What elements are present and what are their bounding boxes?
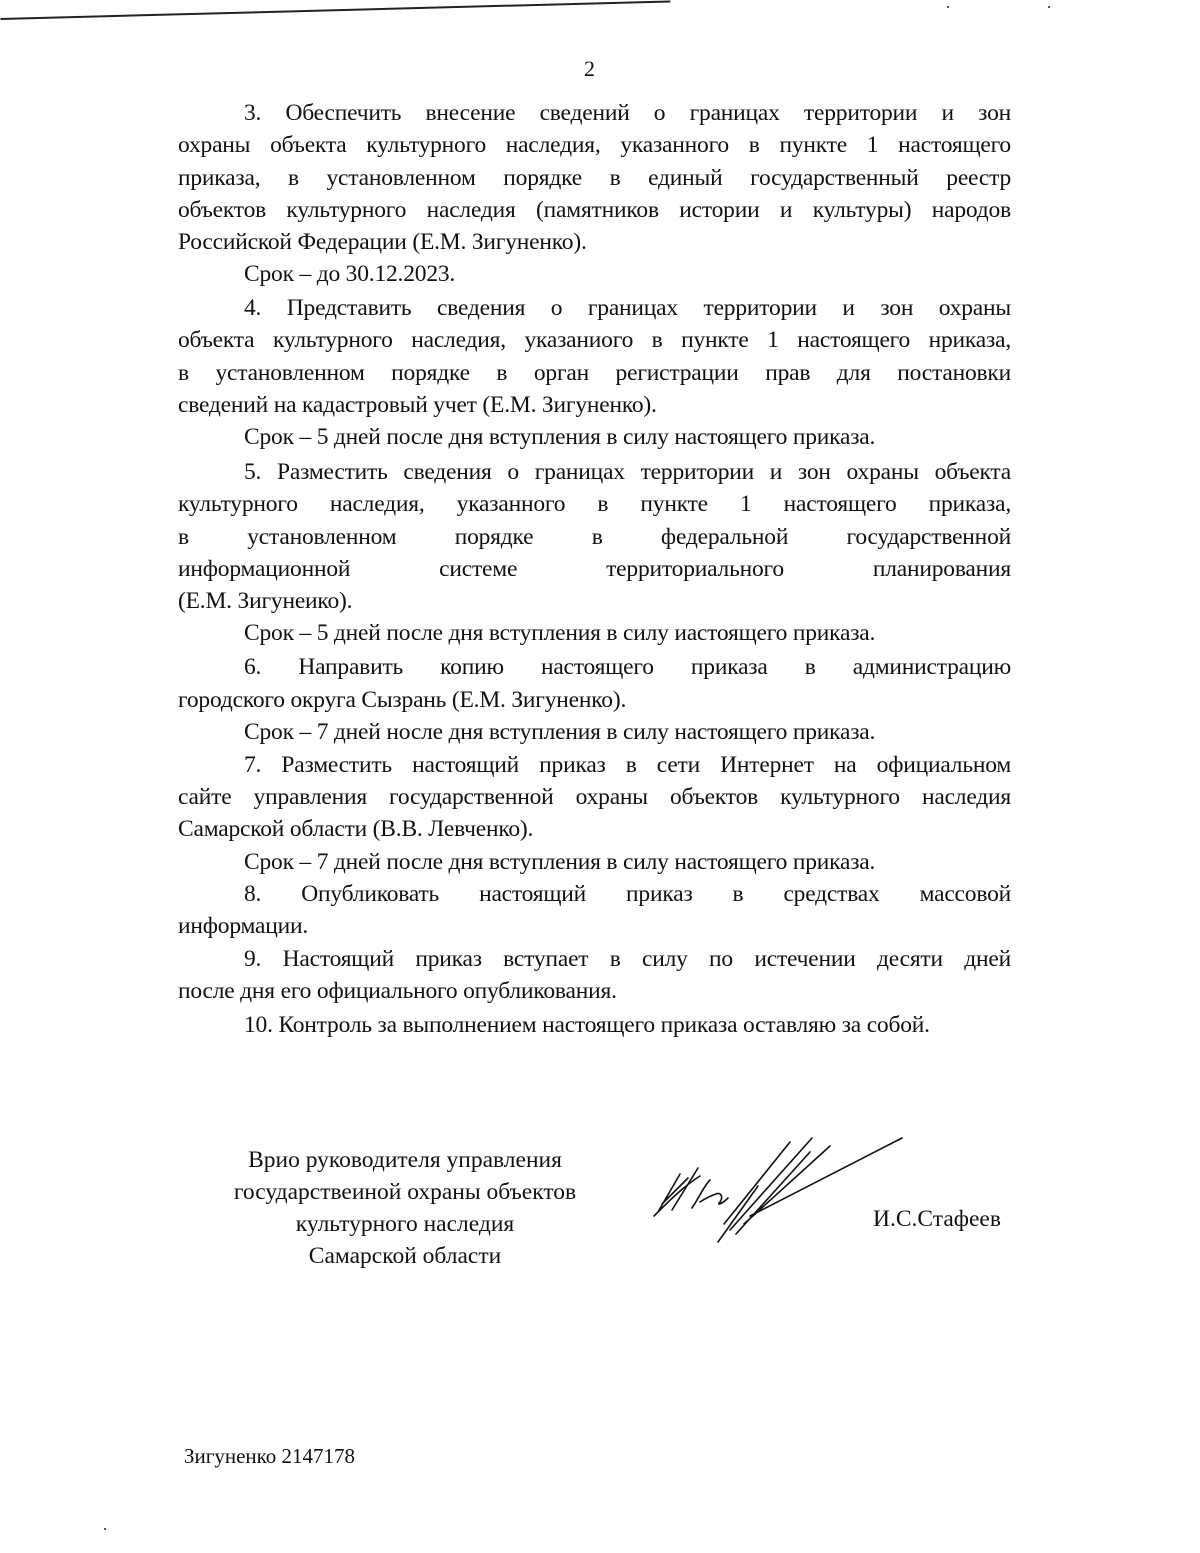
signer-title-line: культурного наследия: [200, 1208, 610, 1240]
deadline-line: Срок – 5 дней после дня вступления в сил…: [244, 617, 875, 649]
page-number: 2: [584, 56, 595, 82]
text-line: информации.: [178, 910, 308, 942]
text-line: приказа, в установленном порядке в едины…: [178, 162, 1011, 194]
text-line: информационной системе территориального …: [178, 553, 1011, 585]
text-line: в установленном порядке в орган регистра…: [178, 357, 1011, 389]
scan-speck: [104, 1528, 106, 1530]
scan-speck: [947, 6, 949, 8]
deadline-line: Срок – 7 дней после дня вступления в сил…: [244, 846, 875, 878]
signer-name: И.С.Стафеев: [873, 1206, 1001, 1233]
text-line: сведений на кадастровый учет (Е.М. Зигун…: [178, 389, 657, 421]
text-line: сайте управления государственной охраны …: [178, 781, 1011, 813]
deadline-line: Срок – 5 дней после дня вступления в сил…: [244, 421, 875, 453]
text-line: после дня его официального опубликования…: [178, 975, 617, 1007]
deadline-line: Срок – до 30.12.2023.: [244, 258, 455, 290]
text-line: Самарской области (В.В. Левченко).: [178, 813, 533, 845]
signer-title-line: Самарской области: [200, 1240, 610, 1272]
executor-note: Зигуненко 2147178: [184, 1444, 355, 1469]
deadline-line: Срок – 7 дней носле дня вступления в сил…: [244, 716, 875, 748]
text-line: 6. Направить копию настоящего приказа в …: [244, 651, 1011, 683]
text-line: 4. Представить сведения о границах терри…: [244, 292, 1011, 324]
text-line: в установленном порядке в федеральной го…: [178, 521, 1011, 553]
signer-title-line: Врио руководителя управления: [200, 1144, 610, 1176]
text-line: (Е.М. Зигунеико).: [178, 585, 352, 617]
text-line: 10. Контроль за выполнением настоящего п…: [244, 1009, 930, 1041]
text-line: городского округа Сызрань (Е.М. Зигуненк…: [178, 684, 626, 716]
text-line: 8. Опубликовать настоящий приказ в средс…: [244, 878, 1011, 910]
text-line: 9. Настоящий приказ вступает в силу по и…: [244, 943, 1011, 975]
text-line: охраны объекта культурного наследия, ука…: [178, 129, 1011, 161]
scan-edge-line: [0, 0, 670, 20]
signer-title-line: государствеиной охраны объектов: [200, 1176, 610, 1208]
text-line: культурного наследия, указанного в пункт…: [178, 488, 1011, 520]
handwritten-signature-icon: [640, 1130, 910, 1250]
text-line: 3. Обеспечить внесение сведений о границ…: [244, 97, 1011, 129]
text-line: 7. Разместить настоящий приказ в сети Ин…: [244, 749, 1011, 781]
scan-speck: [1048, 6, 1050, 8]
text-line: 5. Разместить сведения о границах террит…: [244, 456, 1011, 488]
text-line: объектов культурного наследия (памятнико…: [178, 194, 1011, 226]
signer-title: Врио руководителя управления государстве…: [200, 1144, 610, 1272]
text-line: Российской Федерации (Е.М. Зигуненко).: [178, 226, 587, 258]
text-line: объекта культурного наследия, указаниого…: [178, 324, 1011, 356]
